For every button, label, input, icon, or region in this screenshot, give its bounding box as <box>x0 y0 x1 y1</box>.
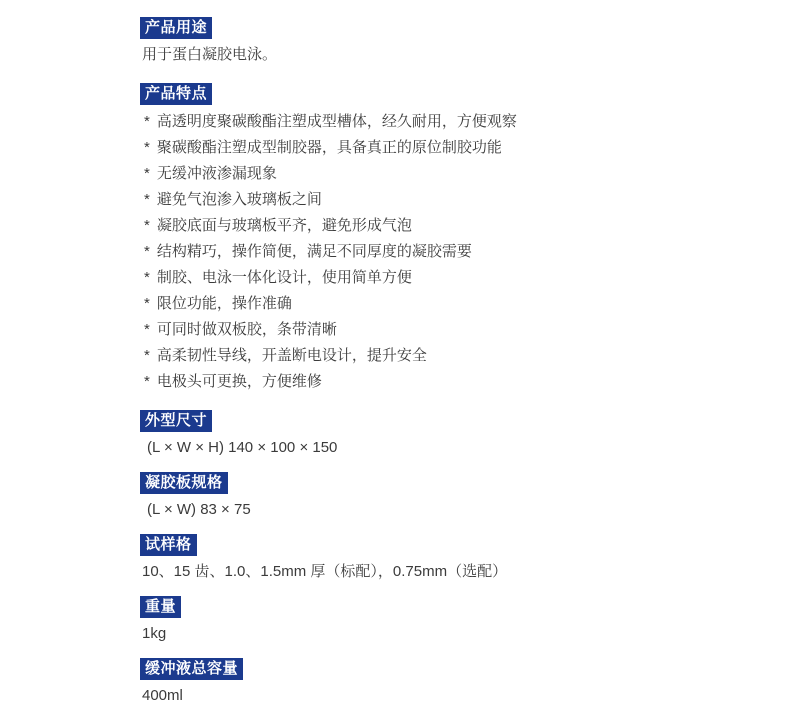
feature-text: 电极头可更换，方便维修 <box>157 373 322 390</box>
section-sample-comb: 试样格 10、15 齿、1.0、1.5mm 厚（标配），0.75mm（选配） <box>140 534 740 581</box>
feature-item: *无缓冲液渗漏现象 <box>140 161 740 187</box>
product-description-page: 产品用途 用于蛋白凝胶电泳。 产品特点 *高透明度聚碳酸酯注塑成型槽体，经久耐用… <box>0 0 800 726</box>
section-product-features: 产品特点 *高透明度聚碳酸酯注塑成型槽体，经久耐用，方便观察 *聚碳酸酯注塑成型… <box>140 83 740 395</box>
bullet-marker: * <box>144 317 150 343</box>
feature-text: 制胶、电泳一体化设计，使用简单方便 <box>157 269 412 286</box>
section-weight: 重量 1kg <box>140 596 740 643</box>
product-use-text: 用于蛋白凝胶电泳。 <box>142 46 740 64</box>
feature-text: 避免气泡渗入玻璃板之间 <box>157 191 322 208</box>
outer-dimensions-heading-badge: 外型尺寸 <box>140 410 212 432</box>
bullet-marker: * <box>144 291 150 317</box>
sample-comb-value: 10、15 齿、1.0、1.5mm 厚（标配），0.75mm（选配） <box>142 563 740 581</box>
feature-item: *可同时做双板胶，条带清晰 <box>140 317 740 343</box>
feature-text: 结构精巧，操作简便，满足不同厚度的凝胶需要 <box>157 243 472 260</box>
bullet-marker: * <box>144 161 150 187</box>
sample-comb-heading-badge: 试样格 <box>140 534 197 556</box>
bullet-marker: * <box>144 265 150 291</box>
feature-item: *高柔韧性导线，开盖断电设计，提升安全 <box>140 343 740 369</box>
product-features-heading-badge: 产品特点 <box>140 83 212 105</box>
section-gel-plate-spec: 凝胶板规格 (L × W) 83 × 75 <box>140 472 740 519</box>
feature-text: 无缓冲液渗漏现象 <box>157 165 277 182</box>
outer-dimensions-value: (L × W × H) 140 × 100 × 150 <box>147 439 740 457</box>
feature-item: *限位功能，操作准确 <box>140 291 740 317</box>
feature-text: 聚碳酸酯注塑成型制胶器，具备真正的原位制胶功能 <box>157 139 502 156</box>
gel-plate-heading-badge: 凝胶板规格 <box>140 472 228 494</box>
section-outer-dimensions: 外型尺寸 (L × W × H) 140 × 100 × 150 <box>140 410 740 457</box>
feature-text: 高透明度聚碳酸酯注塑成型槽体，经久耐用，方便观察 <box>157 113 517 130</box>
feature-text: 高柔韧性导线，开盖断电设计，提升安全 <box>157 347 427 364</box>
weight-heading-badge: 重量 <box>140 596 181 618</box>
feature-item: *凝胶底面与玻璃板平齐，避免形成气泡 <box>140 213 740 239</box>
section-buffer-capacity: 缓冲液总容量 400ml <box>140 658 740 705</box>
bullet-marker: * <box>144 135 150 161</box>
feature-text: 凝胶底面与玻璃板平齐，避免形成气泡 <box>157 217 412 234</box>
feature-text: 可同时做双板胶，条带清晰 <box>157 321 337 338</box>
feature-item: *结构精巧，操作简便，满足不同厚度的凝胶需要 <box>140 239 740 265</box>
section-product-use: 产品用途 用于蛋白凝胶电泳。 <box>140 17 740 64</box>
bullet-marker: * <box>144 213 150 239</box>
buffer-capacity-value: 400ml <box>142 687 740 705</box>
bullet-marker: * <box>144 109 150 135</box>
feature-item: *制胶、电泳一体化设计，使用简单方便 <box>140 265 740 291</box>
bullet-marker: * <box>144 187 150 213</box>
bullet-marker: * <box>144 369 150 395</box>
buffer-capacity-heading-badge: 缓冲液总容量 <box>140 658 243 680</box>
feature-list: *高透明度聚碳酸酯注塑成型槽体，经久耐用，方便观察 *聚碳酸酯注塑成型制胶器，具… <box>140 109 740 395</box>
feature-text: 限位功能，操作准确 <box>157 295 292 312</box>
feature-item: *避免气泡渗入玻璃板之间 <box>140 187 740 213</box>
feature-item: *聚碳酸酯注塑成型制胶器，具备真正的原位制胶功能 <box>140 135 740 161</box>
bullet-marker: * <box>144 343 150 369</box>
gel-plate-value: (L × W) 83 × 75 <box>147 501 740 519</box>
feature-item: *高透明度聚碳酸酯注塑成型槽体，经久耐用，方便观察 <box>140 109 740 135</box>
bullet-marker: * <box>144 239 150 265</box>
weight-value: 1kg <box>142 625 740 643</box>
feature-item: *电极头可更换，方便维修 <box>140 369 740 395</box>
product-use-heading-badge: 产品用途 <box>140 17 212 39</box>
